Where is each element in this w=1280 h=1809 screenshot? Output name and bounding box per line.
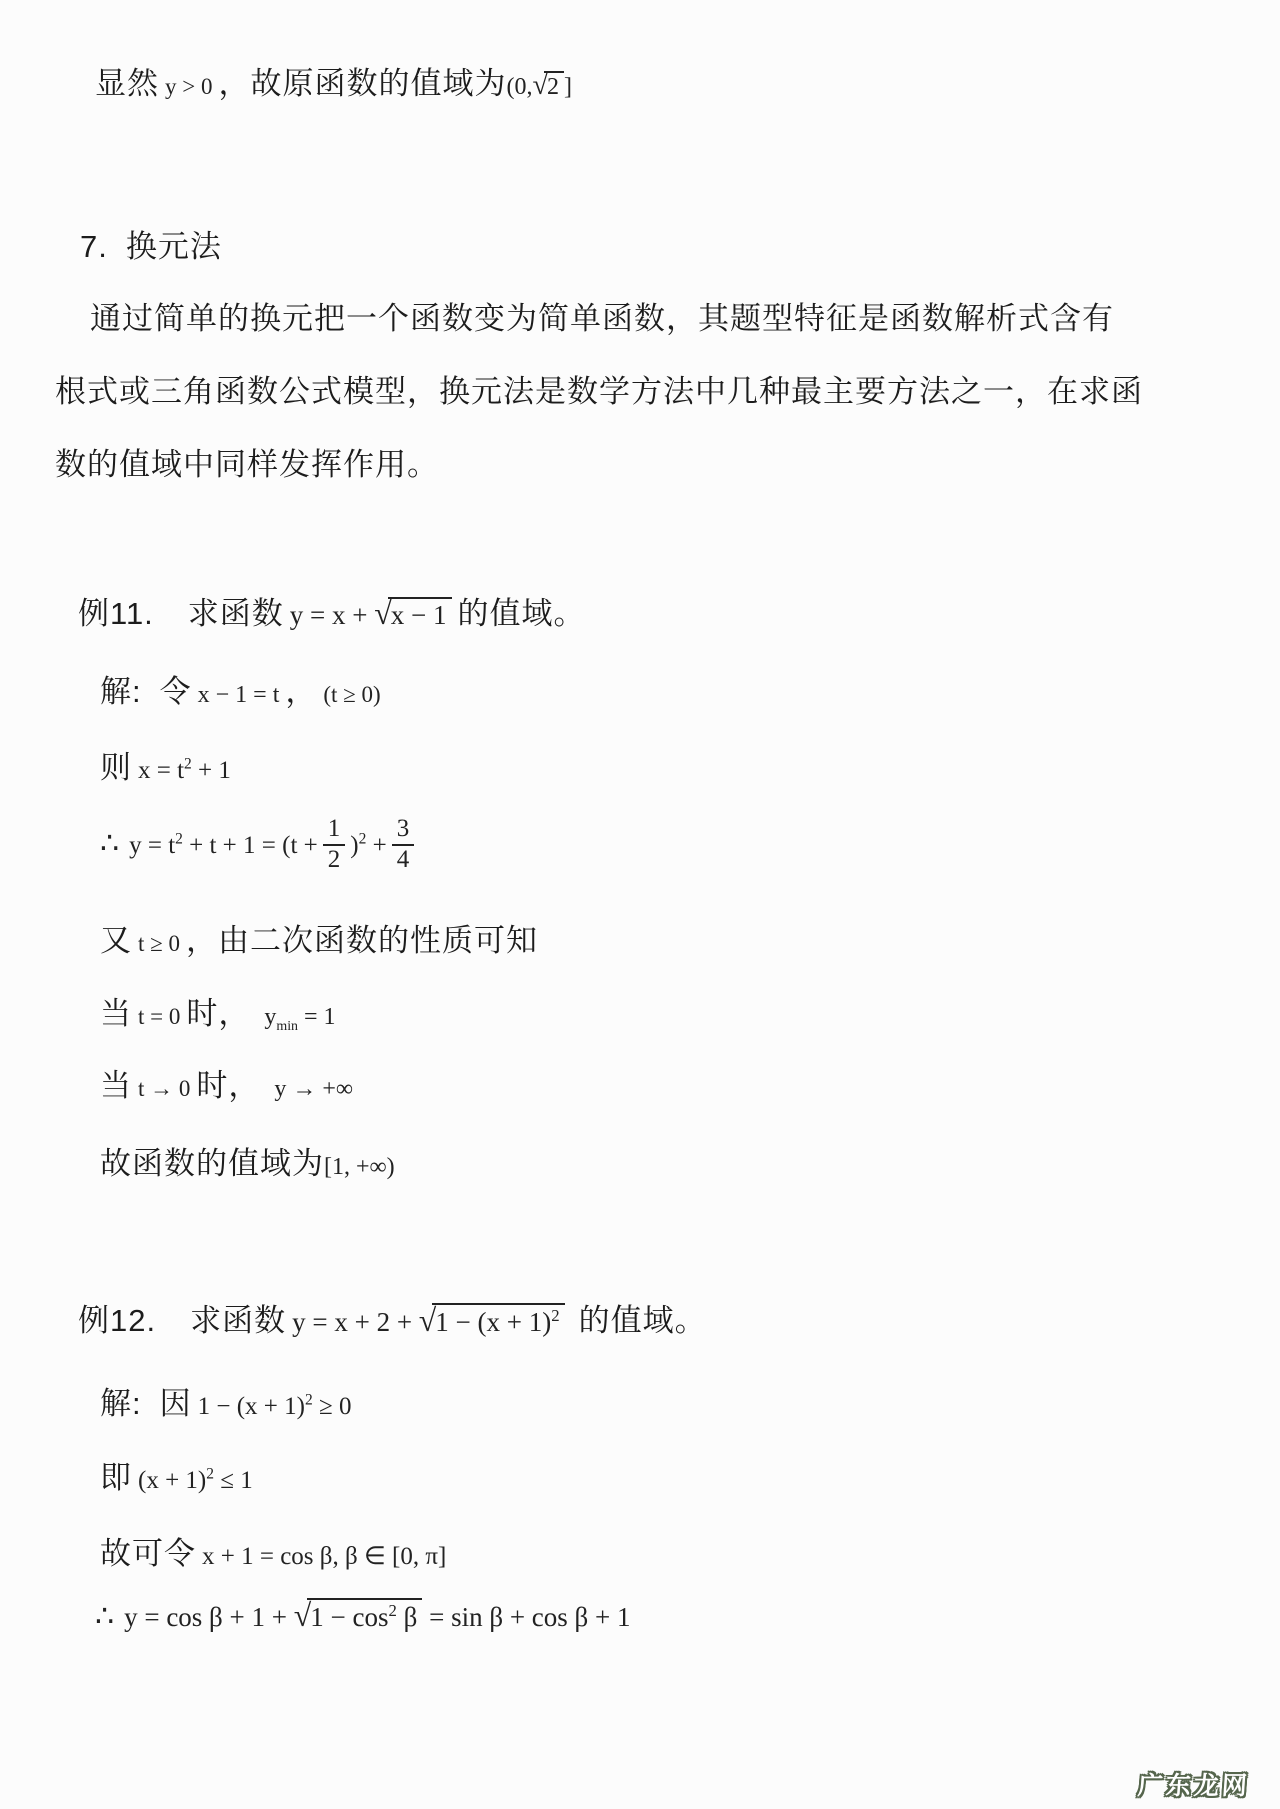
because-text: 因 xyxy=(160,1386,192,1421)
when-text: 当 xyxy=(100,1068,132,1103)
ex12-step-4: ∴y = cos β + 1 + √1 − cos2 β = sin β + c… xyxy=(95,1598,631,1634)
cos-substitution: x + 1 = cos β, β ∈ [0, π] xyxy=(202,1543,446,1570)
intro-conclusion-line: 显然y > 0，故原函数的值域为(0,√2] xyxy=(95,58,572,103)
y-completed-square: y = t2 + t + 1 = (t +12)2 +34 xyxy=(129,832,419,859)
ex11-step-2: 则x = t2 + 1 xyxy=(100,742,237,787)
example-11-suffix: 的值域。 xyxy=(458,596,586,631)
example-11-label: 例11. xyxy=(78,596,154,631)
condition-t-ge-0: (t ≥ 0) xyxy=(323,682,380,707)
t-to-0: t → 0 xyxy=(138,1076,190,1101)
ex11-step-1: 解:令x − 1 = t，(t ≥ 0) xyxy=(100,666,387,711)
therefore-symbol: ∴ xyxy=(95,1599,114,1634)
interval-1-infinity: [1, +∞) xyxy=(324,1154,395,1180)
paragraph-line-2: 根式或三角函数公式模型，换元法是数学方法中几种最主要方法之一，在求函 xyxy=(55,366,1143,411)
x-eq-t2-plus-1: x = t2 + 1 xyxy=(138,757,231,784)
example-11-prompt: 求函数 xyxy=(188,596,284,631)
let-text: 令 xyxy=(160,674,192,709)
sqrt-radical: √x − 1 xyxy=(374,600,451,630)
example-11-title: 例11.求函数y = x + √x − 1的值域。 xyxy=(78,588,586,633)
example-12-prompt: 求函数 xyxy=(190,1303,286,1338)
fraction-1-2: 12 xyxy=(323,815,346,875)
document-page: 显然y > 0，故原函数的值域为(0,√2] 7.换元法 通过简单的换元把一个函… xyxy=(0,0,1280,1809)
substitution-eq: x − 1 = t xyxy=(198,682,280,708)
interval-0-sqrt2: (0,√2] xyxy=(506,74,572,100)
when-text: 当 xyxy=(100,996,132,1031)
ex11-conclusion: 故函数的值域为[1, +∞) xyxy=(100,1138,395,1183)
comma: ， xyxy=(285,674,317,709)
t-ge-0: t ≥ 0 xyxy=(138,931,180,956)
solution-label: 解: xyxy=(100,1386,142,1421)
quadratic-property-text: ，由二次函数的性质可知 xyxy=(186,923,538,958)
example-12-suffix: 的值域。 xyxy=(579,1303,707,1338)
t-eq-0: t = 0 xyxy=(138,1004,180,1029)
shi-text: 时， xyxy=(186,996,250,1031)
also-text: 又 xyxy=(100,923,132,958)
ex11-step-5: 当t = 0时，ymin = 1 xyxy=(100,988,336,1035)
ex12-step-1: 解:因1 − (x + 1)2 ≥ 0 xyxy=(100,1378,357,1423)
sqrt-radical: √1 − (x + 1)2 xyxy=(419,1307,565,1337)
y-to-infinity: y → +∞ xyxy=(274,1076,353,1102)
trig-identity-eq: y = cos β + 1 + √1 − cos2 β = sin β + co… xyxy=(124,1602,630,1632)
ex11-step-4: 又t ≥ 0，由二次函数的性质可知 xyxy=(100,915,538,960)
fraction-3-4: 34 xyxy=(392,815,415,875)
range-conclusion-text: 故函数的值域为 xyxy=(100,1146,324,1181)
ex12-step-3: 故可令x + 1 = cos β, β ∈ [0, π] xyxy=(100,1528,452,1573)
solution-label: 解: xyxy=(100,674,142,709)
paragraph-line-1: 通过简单的换元把一个函数变为简单函数，其题型特征是函数解析式含有 xyxy=(90,293,1114,338)
ex11-step-6: 当t → 0时，y → +∞ xyxy=(100,1060,353,1105)
example-12-label: 例12. xyxy=(78,1303,156,1338)
ex11-step-3: ∴y = t2 + t + 1 = (t +12)2 +34 xyxy=(100,818,419,878)
paragraph-line-3: 数的值域中同样发挥作用。 xyxy=(55,439,439,484)
example-11-formula: y = x + √x − 1 xyxy=(290,600,452,630)
example-12-title: 例12.求函数y = x + 2 + √1 − (x + 1)2的值域。 xyxy=(78,1295,707,1340)
section-heading: 7.换元法 xyxy=(80,221,222,266)
intro-text-2: ，故原函数的值域为 xyxy=(218,66,506,101)
square-le-1: (x + 1)2 ≤ 1 xyxy=(138,1467,253,1494)
hence-let-text: 故可令 xyxy=(100,1536,196,1571)
example-12-formula: y = x + 2 + √1 − (x + 1)2 xyxy=(292,1307,565,1337)
ex12-step-2: 即(x + 1)2 ≤ 1 xyxy=(100,1452,259,1497)
intro-math-y-gt-0: y > 0 xyxy=(165,74,212,99)
that-is-text: 即 xyxy=(100,1460,132,1495)
discriminant-ge-0: 1 − (x + 1)2 ≥ 0 xyxy=(198,1393,352,1420)
intro-text-1: 显然 xyxy=(95,66,159,101)
sqrt-radical: √1 − cos2 β xyxy=(294,1602,423,1632)
sqrt-radical: √2 xyxy=(532,74,564,100)
section-title: 换元法 xyxy=(126,229,222,264)
then-text: 则 xyxy=(100,750,132,785)
watermark: 广东龙网 xyxy=(1137,1766,1252,1802)
y-min-eq-1: ymin = 1 xyxy=(264,1004,335,1030)
section-number: 7. xyxy=(80,229,108,264)
therefore-symbol: ∴ xyxy=(100,826,119,861)
shi-text: 时， xyxy=(196,1068,260,1103)
